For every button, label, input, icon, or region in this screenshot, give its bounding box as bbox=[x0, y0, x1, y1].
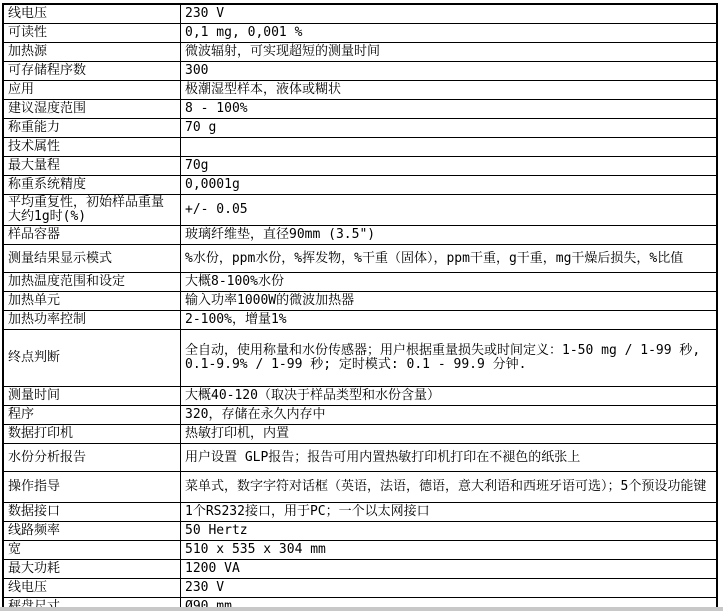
spec-value-cell bbox=[181, 138, 718, 157]
spec-value-cell: 8 - 100% bbox=[181, 100, 718, 119]
spec-value-cell: 大概8-100%水份 bbox=[181, 273, 718, 292]
table-row: 最大功耗1200 VA bbox=[3, 560, 717, 579]
spec-value-cell: %水份，ppm水份，%挥发物，%干重（固体），ppm干重，g干重，mg干燥后损失… bbox=[181, 245, 718, 273]
spec-value-cell: 极潮湿型样本，液体或糊状 bbox=[181, 81, 718, 100]
table-row: 建议湿度范围8 - 100% bbox=[3, 100, 717, 119]
spec-value-cell: 230 V bbox=[181, 4, 718, 24]
spec-label-cell: 样品容器 bbox=[3, 226, 181, 245]
table-row: 可存储程序数300 bbox=[3, 62, 717, 81]
spec-value-cell: 玻璃纤维垫，直径90mm (3.5") bbox=[181, 226, 718, 245]
table-row: 程序320，存储在永久内存中 bbox=[3, 406, 717, 425]
spec-label-cell: 线路频率 bbox=[3, 522, 181, 541]
spec-label-cell: 终点判断 bbox=[3, 330, 181, 387]
spec-value-cell: 510 x 535 x 304 mm bbox=[181, 541, 718, 560]
spec-label-cell: 数据打印机 bbox=[3, 425, 181, 444]
spec-value-cell: 230 V bbox=[181, 579, 718, 598]
table-row: 可读性0,1 mg, 0,001 % bbox=[3, 24, 717, 43]
table-row: 宽510 x 535 x 304 mm bbox=[3, 541, 717, 560]
table-row: 数据打印机热敏打印机，内置 bbox=[3, 425, 717, 444]
spec-label-cell: 加热功率控制 bbox=[3, 311, 181, 330]
table-row: 操作指导菜单式，数字字符对话框（英语，法语，德语，意大利语和西班牙语可选）；5个… bbox=[3, 472, 717, 503]
table-row: 平均重复性，初始样品重量大约1g时(%)+/- 0.05 bbox=[3, 195, 717, 226]
spec-value-cell: 大概40-120（取决于样品类型和水份含量） bbox=[181, 387, 718, 406]
spec-label-cell: 加热源 bbox=[3, 43, 181, 62]
spec-label-cell: 最大功耗 bbox=[3, 560, 181, 579]
spec-value-cell: 热敏打印机，内置 bbox=[181, 425, 718, 444]
spec-label-cell: 可读性 bbox=[3, 24, 181, 43]
spec-label-cell: 加热温度范围和设定 bbox=[3, 273, 181, 292]
table-row: 水份分析报告用户设置 GLP报告；报告可用内置热敏打印机打印在不褪色的纸张上 bbox=[3, 444, 717, 472]
spec-label-cell: 加热单元 bbox=[3, 292, 181, 311]
spec-value-cell: 2-100%，增量1% bbox=[181, 311, 718, 330]
spec-label-cell: 应用 bbox=[3, 81, 181, 100]
spec-label-cell: 程序 bbox=[3, 406, 181, 425]
spec-value-cell: 0,0001g bbox=[181, 176, 718, 195]
table-row: 线路频率50 Hertz bbox=[3, 522, 717, 541]
spec-label-cell: 测量时间 bbox=[3, 387, 181, 406]
spec-label-cell: 线电压 bbox=[3, 4, 181, 24]
table-row: 数据接口1个RS232接口，用于PC；一个以太网接口 bbox=[3, 503, 717, 522]
table-row: 样品容器玻璃纤维垫，直径90mm (3.5") bbox=[3, 226, 717, 245]
table-row: 加热源微波辐射，可实现超短的测量时间 bbox=[3, 43, 717, 62]
specification-table: 线电压230 V可读性0,1 mg, 0,001 %加热源微波辐射，可实现超短的… bbox=[2, 3, 718, 611]
spec-label-cell: 最大量程 bbox=[3, 157, 181, 176]
table-row: 终点判断全自动，使用称量和水份传感器；用户根据重量损失或时间定义：1-50 mg… bbox=[3, 330, 717, 387]
spec-label-cell: 建议湿度范围 bbox=[3, 100, 181, 119]
spec-label-cell: 平均重复性，初始样品重量大约1g时(%) bbox=[3, 195, 181, 226]
spec-value-cell: 50 Hertz bbox=[181, 522, 718, 541]
table-row: 线电压230 V bbox=[3, 4, 717, 24]
spec-label-cell: 线电压 bbox=[3, 579, 181, 598]
spec-label-cell: 技术属性 bbox=[3, 138, 181, 157]
table-row: 称重系统精度0,0001g bbox=[3, 176, 717, 195]
spec-value-cell: 微波辐射，可实现超短的测量时间 bbox=[181, 43, 718, 62]
table-row: 测量结果显示模式%水份，ppm水份，%挥发物，%干重（固体），ppm干重，g干重… bbox=[3, 245, 717, 273]
table-row: 最大量程70g bbox=[3, 157, 717, 176]
spec-value-cell: +/- 0.05 bbox=[181, 195, 718, 226]
spec-label-cell: 水份分析报告 bbox=[3, 444, 181, 472]
table-row: 加热单元输入功率1000W的微波加热器 bbox=[3, 292, 717, 311]
spec-label-cell: 数据接口 bbox=[3, 503, 181, 522]
page-canvas: 线电压230 V可读性0,1 mg, 0,001 %加热源微波辐射，可实现超短的… bbox=[0, 0, 723, 611]
spec-value-cell: 300 bbox=[181, 62, 718, 81]
table-row: 称重能力70 g bbox=[3, 119, 717, 138]
spec-label-cell: 可存储程序数 bbox=[3, 62, 181, 81]
spec-value-cell: 菜单式，数字字符对话框（英语，法语，德语，意大利语和西班牙语可选）；5个预设功能… bbox=[181, 472, 718, 503]
spec-value-cell: 70g bbox=[181, 157, 718, 176]
spec-value-cell: 1200 VA bbox=[181, 560, 718, 579]
spec-value-cell: 全自动，使用称量和水份传感器；用户根据重量损失或时间定义：1-50 mg / 1… bbox=[181, 330, 718, 387]
spec-label-cell: 称重系统精度 bbox=[3, 176, 181, 195]
spec-label-cell: 测量结果显示模式 bbox=[3, 245, 181, 273]
table-row: 加热温度范围和设定大概8-100%水份 bbox=[3, 273, 717, 292]
spec-label-cell: 操作指导 bbox=[3, 472, 181, 503]
spec-value-cell: 70 g bbox=[181, 119, 718, 138]
spec-label-cell: 宽 bbox=[3, 541, 181, 560]
spec-value-cell: 0,1 mg, 0,001 % bbox=[181, 24, 718, 43]
spec-value-cell: 输入功率1000W的微波加热器 bbox=[181, 292, 718, 311]
table-row: 加热功率控制2-100%，增量1% bbox=[3, 311, 717, 330]
table-row: 测量时间大概40-120（取决于样品类型和水份含量） bbox=[3, 387, 717, 406]
bottom-edge-strip bbox=[0, 607, 723, 611]
spec-value-cell: 1个RS232接口，用于PC；一个以太网接口 bbox=[181, 503, 718, 522]
table-row: 应用极潮湿型样本，液体或糊状 bbox=[3, 81, 717, 100]
spec-label-cell: 称重能力 bbox=[3, 119, 181, 138]
table-row: 线电压230 V bbox=[3, 579, 717, 598]
spec-value-cell: 320，存储在永久内存中 bbox=[181, 406, 718, 425]
table-row: 技术属性 bbox=[3, 138, 717, 157]
spec-value-cell: 用户设置 GLP报告；报告可用内置热敏打印机打印在不褪色的纸张上 bbox=[181, 444, 718, 472]
specification-table-body: 线电压230 V可读性0,1 mg, 0,001 %加热源微波辐射，可实现超短的… bbox=[3, 4, 717, 611]
